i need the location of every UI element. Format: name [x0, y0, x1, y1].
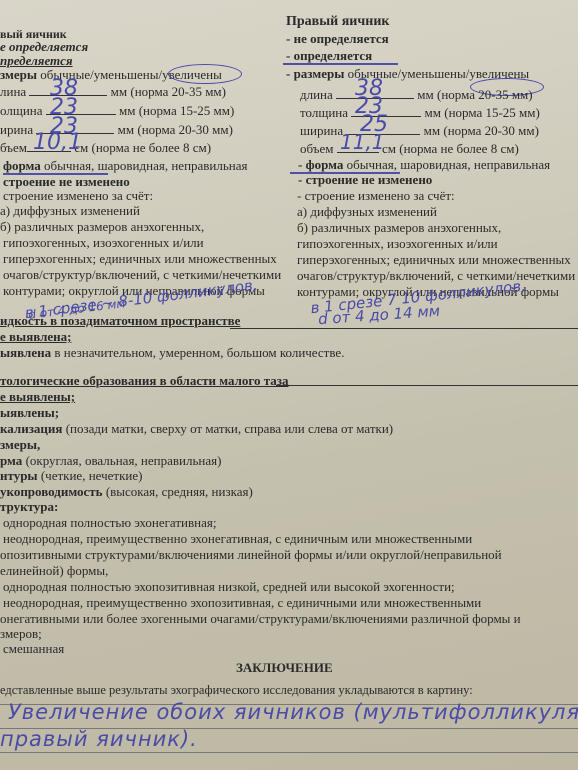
left-structure-unchanged: строение не изменено — [3, 175, 130, 189]
fluid-not-detected: е выявлена; — [0, 330, 71, 344]
left-volume: бъем см (норма не более 8 см) — [0, 141, 211, 155]
right-thickness: толщина мм (норма 15-25 мм) — [300, 106, 540, 120]
right-structure-changed: - строение изменено за счёт: — [297, 189, 455, 203]
left-option-b1: б) различных размеров анэхогенных, — [0, 220, 204, 234]
right-width: ширина мм (норма 20-30 мм) — [300, 124, 539, 138]
pathology-title: тологические образования в области малог… — [0, 374, 289, 388]
structure-item-4: неоднородная, преимущественно эхопозитив… — [3, 596, 481, 610]
selected-circle-left — [168, 64, 242, 84]
left-detected: пределяется — [0, 54, 73, 68]
right-structure-unchanged: - строение не изменено — [298, 173, 432, 187]
left-not-detected: е определяется — [0, 40, 88, 54]
right-volume: объем см (норма не более 8 см) — [300, 142, 519, 156]
right-option-b1: б) различных размеров анэхогенных, — [297, 221, 501, 235]
right-option-a: а) диффузных изменений — [297, 205, 437, 219]
conclusion-intro: едставленные выше результаты эхографичес… — [0, 683, 473, 697]
structure-item-2-cont: опозитивными структурами/включениями лин… — [0, 548, 502, 562]
pathology-not-detected: е выявлены; — [0, 390, 75, 404]
right-not-detected: - не определяется — [286, 32, 389, 46]
right-option-b4: очагов/структур/включений, с четкими/неч… — [297, 269, 575, 283]
structure-item-2-cont2: елинейной) формы, — [0, 564, 108, 578]
fluid-detected: ыявлена в незначительном, умеренном, бол… — [0, 346, 344, 360]
right-ovary-title: Правый яичник — [286, 15, 389, 29]
conclusion-title: ЗАКЛЮЧЕНИЕ — [236, 661, 333, 675]
fluid-title: идкость в позадиматочном пространстве — [0, 314, 240, 328]
structure-item-4-cont: онегативными или более эхогенными очагам… — [0, 612, 521, 626]
structure-item-3: однородная полностью эхопозитивная низко… — [3, 580, 455, 594]
left-volume-value: 10,1 — [33, 130, 82, 155]
pathology-contours: нтуры (четкие, нечеткие) — [0, 469, 142, 483]
left-structure-changed: строение изменено за счёт: — [3, 189, 153, 203]
structure-item-4-cont2: змеров; — [0, 627, 42, 641]
right-length: длина мм (норма 20-35 мм) — [300, 88, 533, 102]
conclusion-handwritten-1: Увеличение обоих яичников (мультифоллику… — [8, 700, 578, 724]
left-option-a: а) диффузных изменений — [0, 204, 140, 218]
right-shape: - форма обычная, шаровидная, неправильна… — [298, 158, 550, 172]
ultrasound-report-page: вый яичник е определяется пределяется зм… — [0, 0, 578, 770]
right-volume-value: 11,1 — [340, 130, 385, 154]
pathology-structure-title: труктура: — [0, 500, 58, 514]
left-option-b3: гиперэхогенных; единичных или множествен… — [3, 252, 277, 266]
pathology-sound: укопроводимость (высокая, средняя, низка… — [0, 485, 253, 499]
left-length: лина мм (норма 20-35 мм) — [0, 85, 226, 99]
left-option-b2: гипоэхогенных, изоэхогенных и/или — [3, 236, 204, 250]
pathology-shape: рма (округлая, овальная, неправильная) — [0, 454, 221, 468]
conclusion-handwritten-2: правый яичник). — [0, 727, 198, 751]
left-thickness: олщина мм (норма 15-25 мм) — [0, 104, 234, 118]
pathology-detected: ыявлены; — [0, 406, 59, 420]
right-detected: - определяется — [286, 49, 372, 63]
structure-item-5: смешанная — [3, 642, 64, 656]
structure-item-1: однородная полностью эхонегативная; — [3, 516, 216, 530]
left-shape: форма обычная, шаровидная, неправильная — [3, 159, 248, 173]
right-option-b3: гиперэхогенных; единичных или множествен… — [297, 253, 571, 267]
pathology-sizes: змеры, — [0, 438, 40, 452]
pathology-localization: кализация (позади матки, сверху от матки… — [0, 422, 393, 436]
right-option-b2: гипоэхогенных, изоэхогенных и/или — [297, 237, 498, 251]
structure-item-2: неоднородная, преимущественно эхонегатив… — [3, 532, 472, 546]
